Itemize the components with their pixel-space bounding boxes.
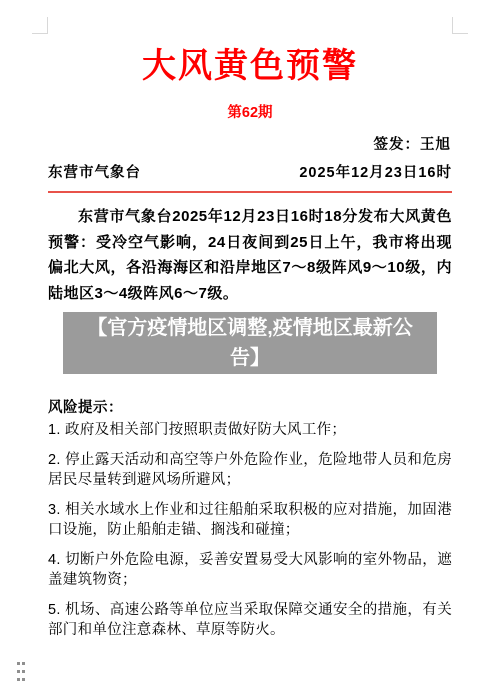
ad-overlay-link[interactable]: 【官方疫情地区调整,疫情地区最新公告】 <box>63 312 437 374</box>
title-divider-line <box>48 191 452 193</box>
risk-item-2: 2. 停止露天活动和高空等户外危险作业，危险地带人员和危房居民尽量转到避风场所避… <box>48 450 452 491</box>
warning-body-paragraph: 东营市气象台2025年12月23日16时18分发布大风黄色预警：受冷空气影响，2… <box>48 204 452 306</box>
issue-datetime: 2025年12月23日16时 <box>299 161 452 182</box>
issue-number: 第62期 <box>0 101 500 122</box>
risk-item-3: 3. 相关水域水上作业和过往船舶采取积极的应对措施，加固港口设施，防止船舶走锚、… <box>48 500 452 541</box>
warning-title: 大风黄色预警 <box>0 38 500 87</box>
drag-grip-icon[interactable] <box>17 662 25 681</box>
signer-line: 签发：王旭 <box>374 133 452 154</box>
risk-item-4: 4. 切断户外危险电源，妥善安置易受大风影响的室外物品，遮盖建筑物资； <box>48 550 452 591</box>
margin-crop-mark-top-left <box>32 33 48 34</box>
risk-item-1: 1. 政府及相关部门按照职责做好防大风工作； <box>48 420 452 441</box>
risk-list: 1. 政府及相关部门按照职责做好防大风工作； 2. 停止露天活动和高空等户外危险… <box>48 420 452 650</box>
risk-item-5: 5. 机场、高速公路等单位应当采取保障交通安全的措施，有关部门和单位注意森林、草… <box>48 600 452 641</box>
document-page: 大风黄色预警 第62期 签发：王旭 东营市气象台 2025年12月23日16时 … <box>0 0 500 687</box>
issuer-name: 东营市气象台 <box>48 161 141 182</box>
margin-crop-mark-top-left <box>47 17 48 34</box>
margin-crop-mark-top-right <box>452 17 453 34</box>
risk-section-title: 风险提示： <box>48 396 123 417</box>
margin-crop-mark-top-right <box>452 33 468 34</box>
issuer-row: 东营市气象台 2025年12月23日16时 <box>48 161 452 182</box>
